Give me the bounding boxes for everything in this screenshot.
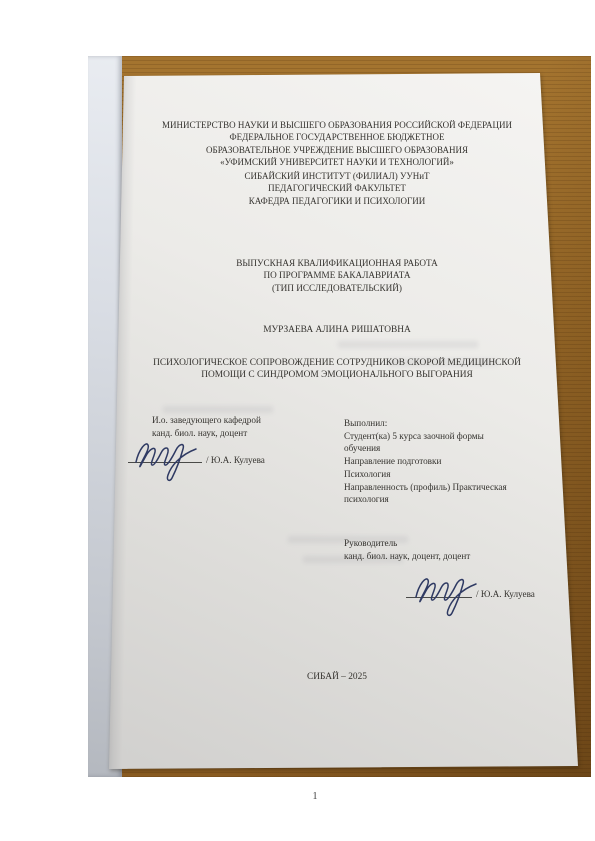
ministry-line: «УФИМСКИЙ УНИВЕРСИТЕТ НАУКИ И ТЕХНОЛОГИЙ… [117, 156, 557, 168]
ghost-bleedthrough [338, 341, 478, 348]
thesis-title: ПСИХОЛОГИЧЕСКОЕ СОПРОВОЖДЕНИЕ СОТРУДНИКО… [117, 357, 557, 382]
supervisor-position-line: Руководитель [344, 537, 470, 550]
paper-shadow: МИНИСТЕРСТВО НАУКИ И ВЫСШЕГО ОБРАЗОВАНИЯ… [88, 56, 591, 777]
ministry-header: МИНИСТЕРСТВО НАУКИ И ВЫСШЕГО ОБРАЗОВАНИЯ… [117, 119, 557, 169]
institute-line: КАФЕДРА ПЕДАГОГИКИ И ПСИХОЛОГИИ [117, 195, 557, 207]
approval-signature-name: / Ю.А. Кулуева [206, 455, 265, 465]
performer-line: Психология [344, 468, 507, 481]
thesis-title-line: ПСИХОЛОГИЧЕСКОЕ СОПРОВОЖДЕНИЕ СОТРУДНИКО… [117, 357, 557, 369]
performer-block: Выполнил: Студент(ка) 5 курса заочной фо… [344, 417, 507, 506]
supervisor-position-line: канд. биол. наук, доцент, доцент [344, 550, 470, 563]
institute-line: СИБАЙСКИЙ ИНСТИТУТ (ФИЛИАЛ) УУНиТ [117, 170, 557, 182]
author-name: МУРЗАЕВА АЛИНА РИШАТОВНА [117, 325, 557, 335]
page-number: 1 [300, 791, 330, 802]
approval-position-line: И.о. заведующего кафедрой [152, 414, 261, 427]
city-year: СИБАЙ – 2025 [117, 672, 557, 682]
document-page: { "page_number": "1", "title_page": { "m… [0, 0, 595, 841]
thesis-title-line: ПОМОЩИ С СИНДРОМОМ ЭМОЦИОНАЛЬНОГО ВЫГОРА… [117, 369, 557, 381]
supervisor-block: Руководитель канд. биол. наук, доцент, д… [344, 537, 470, 563]
title-page-paper: МИНИСТЕРСТВО НАУКИ И ВЫСШЕГО ОБРАЗОВАНИЯ… [88, 56, 591, 777]
handwritten-signature-icon [410, 571, 482, 619]
work-type: ВЫПУСКНАЯ КВАЛИФИКАЦИОННАЯ РАБОТА ПО ПРО… [117, 257, 557, 294]
ministry-line: ОБРАЗОВАТЕЛЬНОЕ УЧРЕЖДЕНИЕ ВЫСШЕГО ОБРАЗ… [117, 144, 557, 156]
institute-header: СИБАЙСКИЙ ИНСТИТУТ (ФИЛИАЛ) УУНиТ ПЕДАГО… [117, 170, 557, 207]
performer-line: Студент(ка) 5 курса заочной формы [344, 430, 507, 443]
performer-line: обучения [344, 442, 507, 455]
ghost-bleedthrough [163, 406, 273, 413]
work-type-line: (ТИП ИССЛЕДОВАТЕЛЬСКИЙ) [117, 282, 557, 294]
handwritten-signature-icon [130, 436, 202, 484]
ministry-line: ФЕДЕРАЛЬНОЕ ГОСУДАРСТВЕННОЕ БЮДЖЕТНОЕ [117, 131, 557, 143]
work-type-line: ВЫПУСКНАЯ КВАЛИФИКАЦИОННАЯ РАБОТА [117, 257, 557, 269]
institute-line: ПЕДАГОГИЧЕСКИЙ ФАКУЛЬТЕТ [117, 182, 557, 194]
work-type-line: ПО ПРОГРАММЕ БАКАЛАВРИАТА [117, 269, 557, 281]
performer-line: Направленность (профиль) Практическая [344, 481, 507, 494]
performer-line: Направление подготовки [344, 455, 507, 468]
performer-line: Выполнил: [344, 417, 507, 430]
titlepage-photo: МИНИСТЕРСТВО НАУКИ И ВЫСШЕГО ОБРАЗОВАНИЯ… [88, 56, 591, 777]
performer-line: психология [344, 493, 507, 506]
ministry-line: МИНИСТЕРСТВО НАУКИ И ВЫСШЕГО ОБРАЗОВАНИЯ… [117, 119, 557, 131]
supervisor-signature-name: / Ю.А. Кулуева [476, 589, 535, 599]
